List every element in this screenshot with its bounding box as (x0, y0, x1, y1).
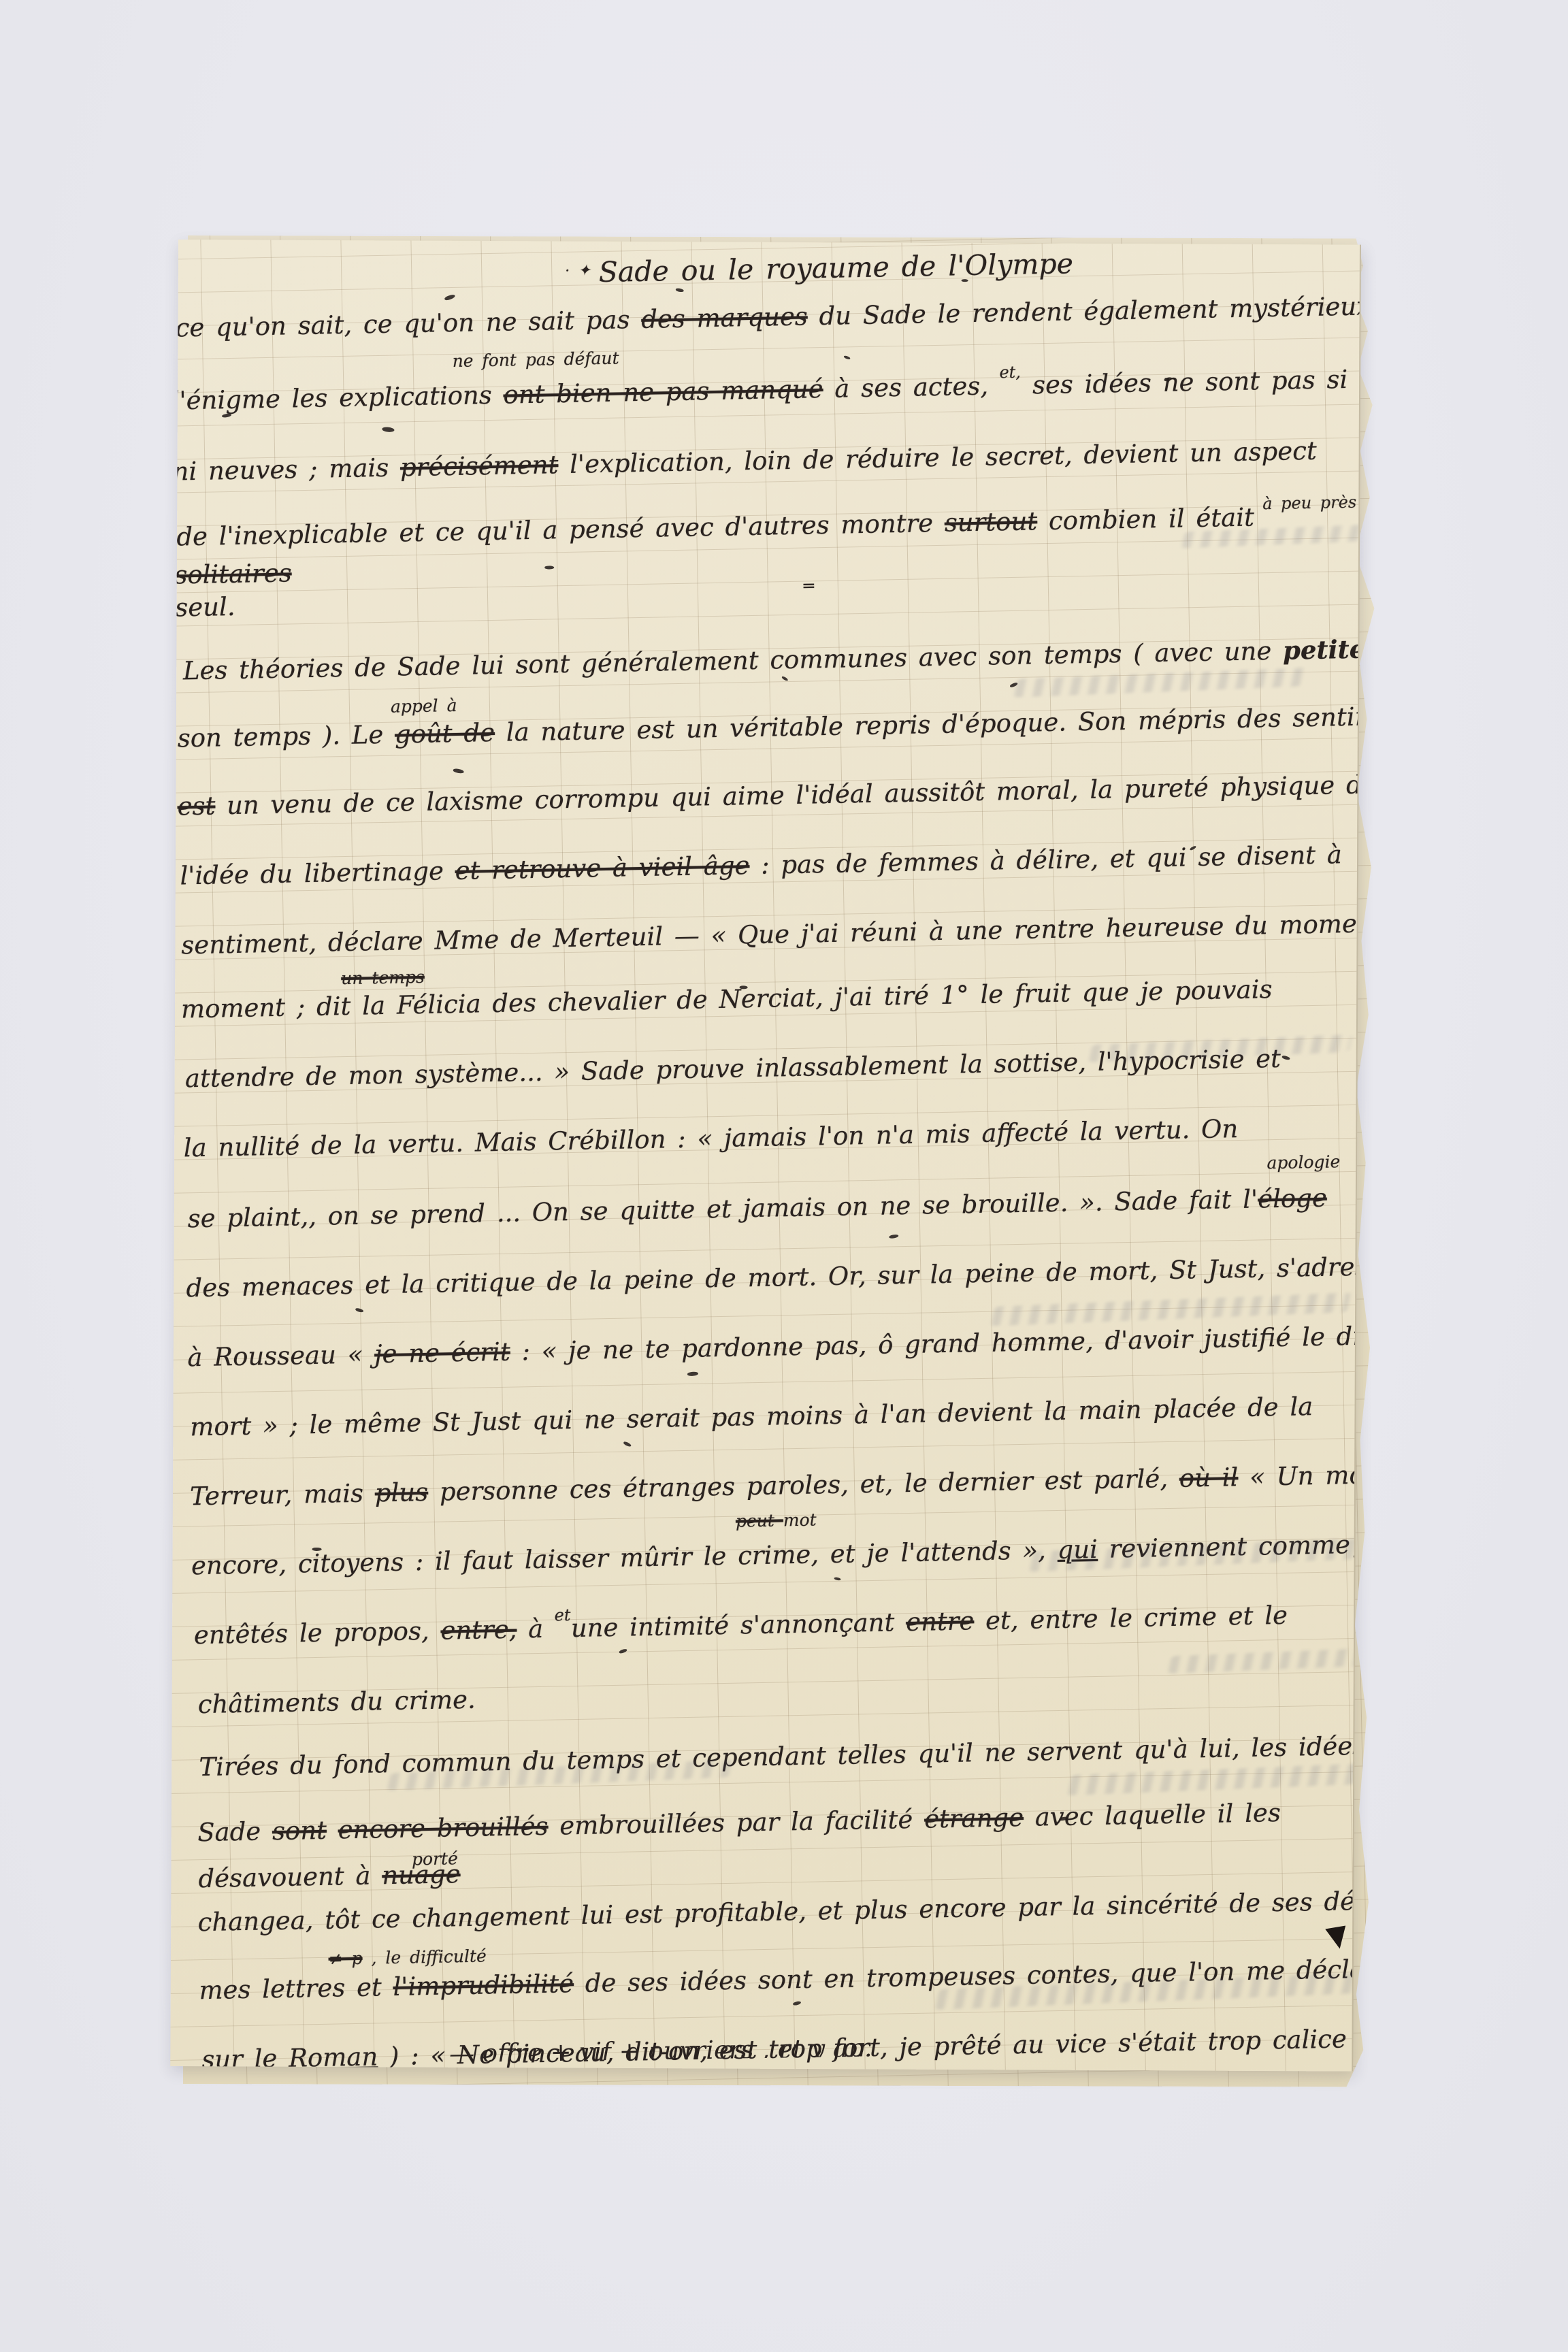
handwritten-segment: et, (999, 363, 1021, 382)
handwritten-segment: ses idées ne sont pas si extraordinaires (1021, 361, 1361, 399)
bleed-through-mark (1014, 668, 1305, 698)
ink-speck (962, 279, 968, 282)
handwritten-line: ═ (804, 576, 815, 595)
handwritten-line: porté (412, 1848, 458, 1869)
handwritten-segment: sont (272, 1816, 327, 1846)
bleed-through-mark (991, 1292, 1350, 1326)
handwritten-line: Sade sont encore brouillés embrouillées … (197, 1798, 1281, 1847)
handwritten-segment: Sade ou le royaume de l'Olympe (598, 247, 1073, 289)
handwritten-segment: une intimité s'annonçant (570, 1607, 906, 1643)
handwritten-segment: à Rousseau « (187, 1339, 374, 1372)
handwritten-segment: encore, citoyens : il faut laisser mûrir… (191, 1535, 1058, 1580)
handwritten-segment: personne ces étranges paroles, et, le de… (428, 1464, 1179, 1507)
handwritten-line: à Rousseau « je ne écrit : « je ne te pa… (187, 1320, 1361, 1373)
handwritten-segment: se plaint,, on se prend ... On se quitte… (187, 1185, 1258, 1234)
manuscript-page: · ✦ Sade ou le royaume de l'Olympece qu'… (170, 240, 1361, 2072)
handwritten-segment: je ne écrit (374, 1337, 510, 1369)
handwritten-segment: embrouillées par la facilité (548, 1805, 924, 1841)
handwritten-segment: mot (783, 1509, 817, 1530)
handwritten-segment: ni neuves ; mais (172, 453, 400, 486)
handwritten-segment: à (344, 1861, 382, 1891)
handwritten-segment: l'explication, loin de réduire le secret… (558, 436, 1317, 479)
bleed-through-mark (1168, 1646, 1361, 1673)
ink-speck (544, 566, 554, 570)
handwritten-segment: goût de (395, 718, 495, 749)
handwritten-segment: l'énigme les explications (171, 380, 504, 416)
handwritten-line: sentiment, déclare Mme de Merteuil — « Q… (181, 909, 1361, 960)
handwritten-line: entêtés le propos, entre, à etune intimi… (194, 1601, 1288, 1650)
handwritten-segment: étrange (924, 1803, 1024, 1834)
handwritten-segment: où il (1179, 1463, 1238, 1493)
handwritten-line: un temps (341, 967, 425, 988)
handwritten-segment: ne font pas défaut (452, 348, 619, 371)
ink-speck (382, 427, 394, 432)
handwritten-segment: et retrouve à vieil âge (455, 851, 750, 885)
handwritten-segment: encore brouillés (338, 1812, 549, 1845)
ink-speck (740, 985, 748, 989)
handwritten-segment: Terreur, mais (190, 1478, 375, 1511)
handwritten-segment: porté (412, 1848, 458, 1869)
handwritten-segment: mes lettres et (199, 1972, 393, 2005)
handwritten-segment: appel à (391, 696, 457, 717)
handwritten-segment: la nullité de la vertu. Mais Crébillon :… (183, 1114, 1238, 1162)
squared-paper-grid: · ✦ Sade ou le royaume de l'Olympece qu'… (170, 240, 1361, 2072)
handwritten-line: apologie (1267, 1151, 1340, 1173)
ink-speck (843, 355, 851, 360)
handwritten-segment: entre (906, 1606, 975, 1637)
manuscript-photo: · ✦ Sade ou le royaume de l'Olympece qu'… (0, 0, 1568, 2352)
handwritten-segment: ≠ p (328, 1948, 362, 1969)
handwritten-segment: son temps ). Le (177, 720, 395, 753)
handwritten-segment: et, entre le crime et le (974, 1601, 1288, 1635)
handwritten-segment: avec laquelle il les (1024, 1798, 1281, 1832)
handwritten-segment: entêtés le propos, (194, 1616, 441, 1650)
handwritten-segment: des menaces et la critique de la peine d… (186, 1252, 1361, 1303)
handwritten-segment: ce qu'on sait, ce qu'on ne sait pas (175, 305, 641, 343)
handwritten-line: châtiments du crime. (197, 1685, 476, 1719)
handwritten-segment: mort » ; le même St Just qui ne serait p… (190, 1392, 1313, 1441)
handwritten-segment: châtiments du crime. (197, 1685, 476, 1719)
handwritten-line: ni neuves ; mais précisément l'explicati… (172, 436, 1317, 487)
handwritten-segment: éloge (1258, 1183, 1327, 1214)
handwritten-segment: seul. (175, 592, 235, 623)
handwritten-segment: du Sade le rendent également mystérieux. (807, 291, 1361, 331)
handwritten-line: son temps ). Le goût de la nature est un… (177, 701, 1361, 753)
handwritten-line: Terreur, mais plus personne ces étranges… (190, 1459, 1361, 1511)
ink-speck (687, 1371, 699, 1377)
ink-speck (781, 676, 789, 681)
handwriting-layer: · ✦ Sade ou le royaume de l'Olympece qu'… (170, 240, 1361, 2072)
ink-speck (453, 768, 464, 774)
ink-speck (834, 1577, 841, 1581)
handwritten-line: seul. (175, 592, 235, 623)
handwritten-line: ne font pas défaut (452, 348, 619, 371)
handwritten-segment: un venu de ce laxisme corrompu qui aime … (215, 767, 1361, 821)
handwritten-segment: Sade (197, 1816, 273, 1847)
handwritten-line: l'idée du libertinage et retrouve à viei… (180, 840, 1342, 890)
ink-speck (889, 1234, 899, 1239)
handwritten-segment (327, 1815, 339, 1844)
handwritten-segment: désavouent (198, 1861, 344, 1893)
handwritten-segment: sentiment, déclare Mme de Merteuil — « Q… (181, 909, 1361, 960)
handwritten-line: l'énigme les explications ont bien ne pa… (171, 361, 1361, 415)
handwritten-line: des menaces et la critique de la peine d… (186, 1252, 1361, 1303)
handwritten-line: changea, tôt ce changement lui est profi… (197, 1886, 1361, 1938)
ink-speck (676, 288, 685, 292)
handwritten-line: appel à (391, 696, 457, 717)
title-line: · ✦ Sade ou le royaume de l'Olympe (565, 247, 1073, 289)
handwritten-segment: solitaires (174, 558, 292, 589)
handwritten-segment: · ✦ (565, 262, 599, 280)
handwritten-segment: entre, (440, 1615, 517, 1646)
handwritten-segment: petite (1283, 634, 1361, 665)
handwritten-segment: à peu près resté (1254, 491, 1361, 513)
handwritten-segment: : « je ne te pardonne pas, ô grand homme… (510, 1320, 1361, 1367)
handwritten-segment: à ses actes, (823, 371, 1000, 404)
handwritten-segment: précisément (400, 450, 559, 482)
handwritten-line: ce qu'on sait, ce qu'on ne sait pas des … (175, 289, 1361, 342)
handwritten-segment: : pas de femmes à délire, et qui se dise… (749, 840, 1342, 880)
ink-speck (623, 1441, 632, 1447)
ink-speck (1281, 1055, 1290, 1060)
handwritten-segment: la nature est un véritable repris d'époq… (495, 701, 1361, 747)
handwritten-segment: à (517, 1614, 555, 1644)
handwritten-segment: l'imprudibilité (393, 1969, 574, 2002)
handwritten-segment: ont bien ne pas manqué (503, 374, 823, 410)
ink-speck (355, 1307, 364, 1312)
handwritten-line: est un venu de ce laxisme corrompu qui a… (177, 767, 1361, 821)
handwritten-segment: changea, tôt ce changement lui est profi… (197, 1886, 1361, 1938)
handwritten-segment: ═ (804, 576, 815, 595)
handwritten-segment: surtout (944, 506, 1037, 537)
handwritten-segment: peut (736, 1510, 783, 1531)
handwritten-line: peut mot (736, 1509, 817, 1531)
handwritten-line: mort » ; le même St Just qui ne serait p… (190, 1392, 1313, 1441)
handwritten-line: solitaires (174, 558, 292, 589)
ink-speck (793, 2001, 802, 2006)
handwritten-segment: de l'inexplicable et ce qu'il a pensé av… (176, 508, 945, 552)
handwritten-line: ≠ p , le difficulté (328, 1946, 487, 1968)
handwritten-segment: l'idée du libertinage (180, 856, 455, 890)
ink-speck (619, 1648, 627, 1654)
handwritten-segment: apologie (1267, 1151, 1340, 1173)
handwritten-segment: est (177, 791, 216, 821)
handwritten-segment: des marques (641, 301, 808, 333)
ink-speck (444, 293, 455, 301)
handwritten-line: se plaint,, on se prend ... On se quitte… (187, 1183, 1327, 1234)
handwritten-segment: « Un moment (1238, 1459, 1361, 1492)
handwritten-segment: un temps (341, 967, 425, 988)
handwritten-segment: plus (374, 1477, 428, 1507)
handwritten-segment: et (554, 1605, 570, 1624)
bleed-through-mark (1068, 1761, 1361, 1796)
handwritten-segment: , le difficulté (362, 1946, 487, 1967)
handwritten-line: la nullité de la vertu. Mais Crébillon :… (183, 1114, 1238, 1162)
